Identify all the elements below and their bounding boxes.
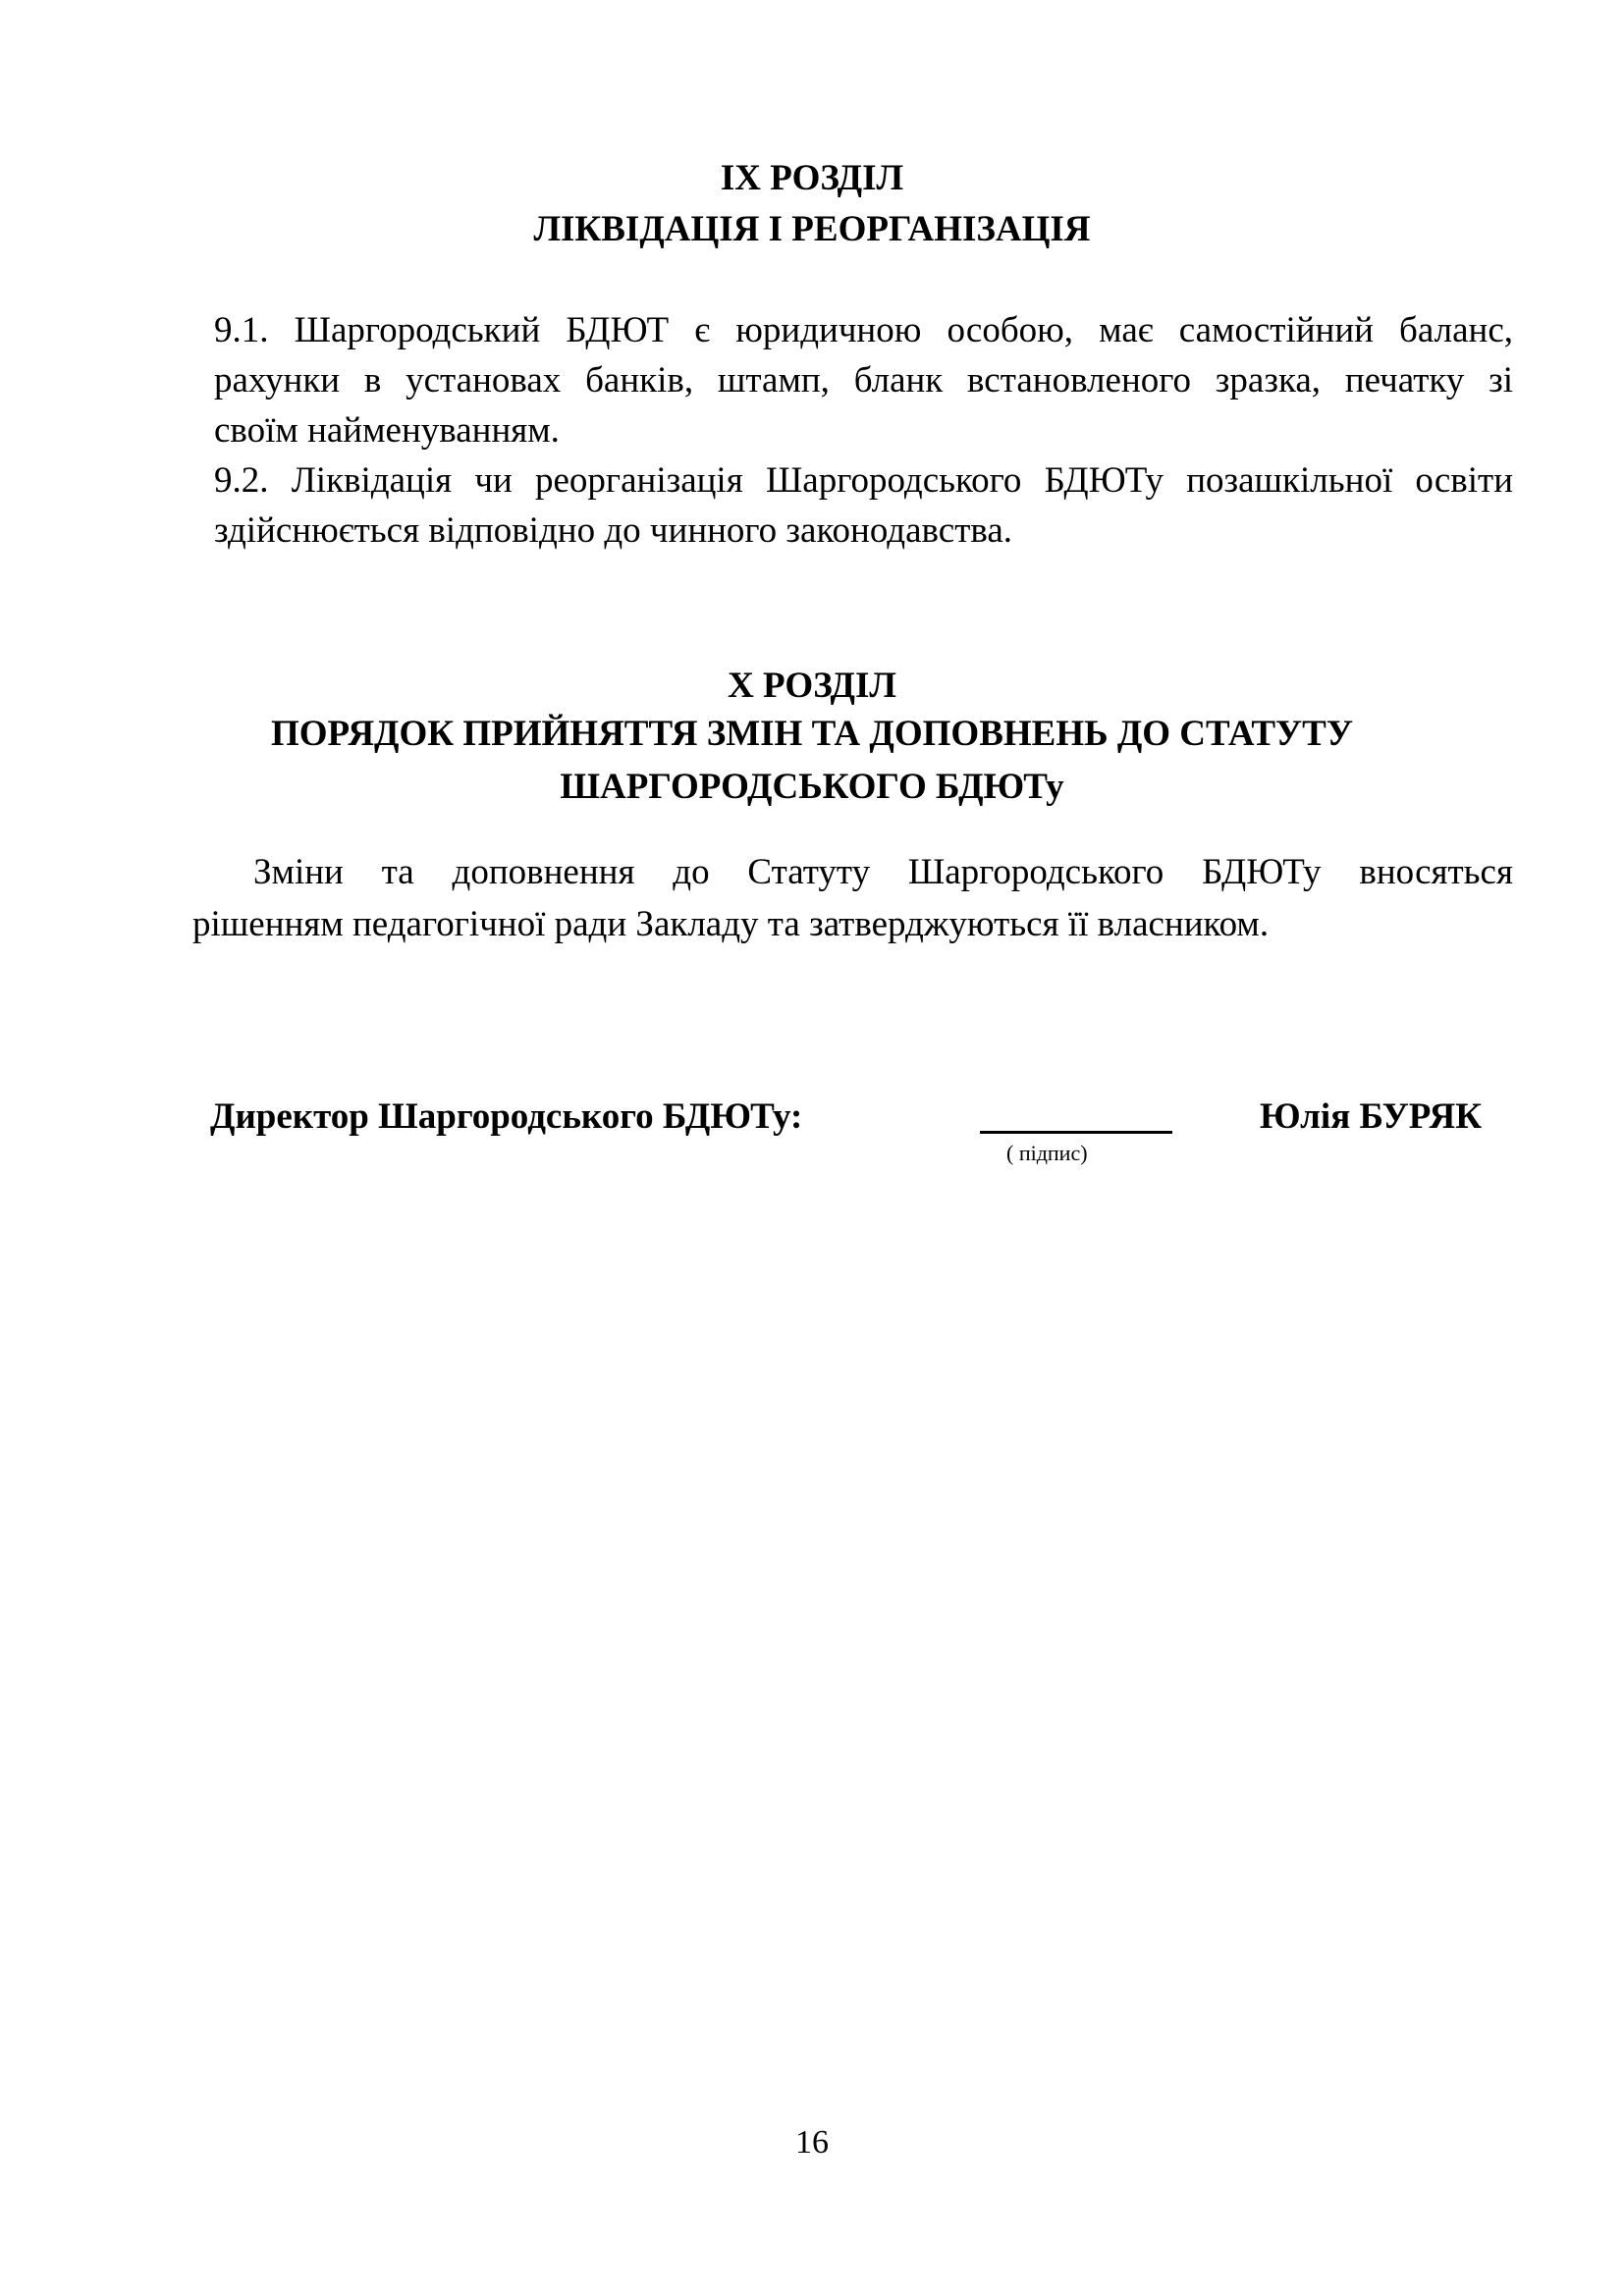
body-line: 9.1. Шаргородський БДЮТ є юридичною особ… xyxy=(214,305,1513,355)
signature-line xyxy=(980,1131,1172,1134)
section-9-subtitle: ЛІКВІДАЦІЯ І РЕОРГАНІЗАЦІЯ xyxy=(0,204,1624,255)
section-9-title: IX РОЗДІЛ xyxy=(0,153,1624,204)
signatory-name: Юлія БУРЯК xyxy=(1260,1095,1482,1138)
body-line: 9.2. Ліквідація чи реорганізація Шаргоро… xyxy=(214,455,1513,506)
section-9-body: 9.1. Шаргородський БДЮТ є юридичною особ… xyxy=(214,305,1513,556)
body-line: рішенням педагогічної ради Закладу та за… xyxy=(192,898,1513,950)
body-line: своїм найменуванням. xyxy=(214,405,1513,455)
body-line: Зміни та доповнення до Статуту Шаргородс… xyxy=(192,846,1513,898)
signature-caption: ( підпис) xyxy=(1006,1141,1088,1166)
body-line: здійснюється відповідно до чинного закон… xyxy=(214,506,1513,556)
section-10-subtitle: ПОРЯДОК ПРИЙНЯТТЯ ЗМІН ТА ДОПОВНЕНЬ ДО С… xyxy=(0,709,1624,760)
section-10-subtitle-2: ШАРГОРОДСЬКОГО БДЮТу xyxy=(0,762,1624,813)
page-number: 16 xyxy=(0,2124,1624,2162)
section-10-title: X РОЗДІЛ xyxy=(0,661,1624,712)
signature-position: Директор Шаргородського БДЮТу: xyxy=(210,1095,802,1138)
body-line: рахунки в установах банків, штамп, бланк… xyxy=(214,355,1513,405)
section-10-body: Зміни та доповнення до Статуту Шаргородс… xyxy=(192,846,1513,950)
